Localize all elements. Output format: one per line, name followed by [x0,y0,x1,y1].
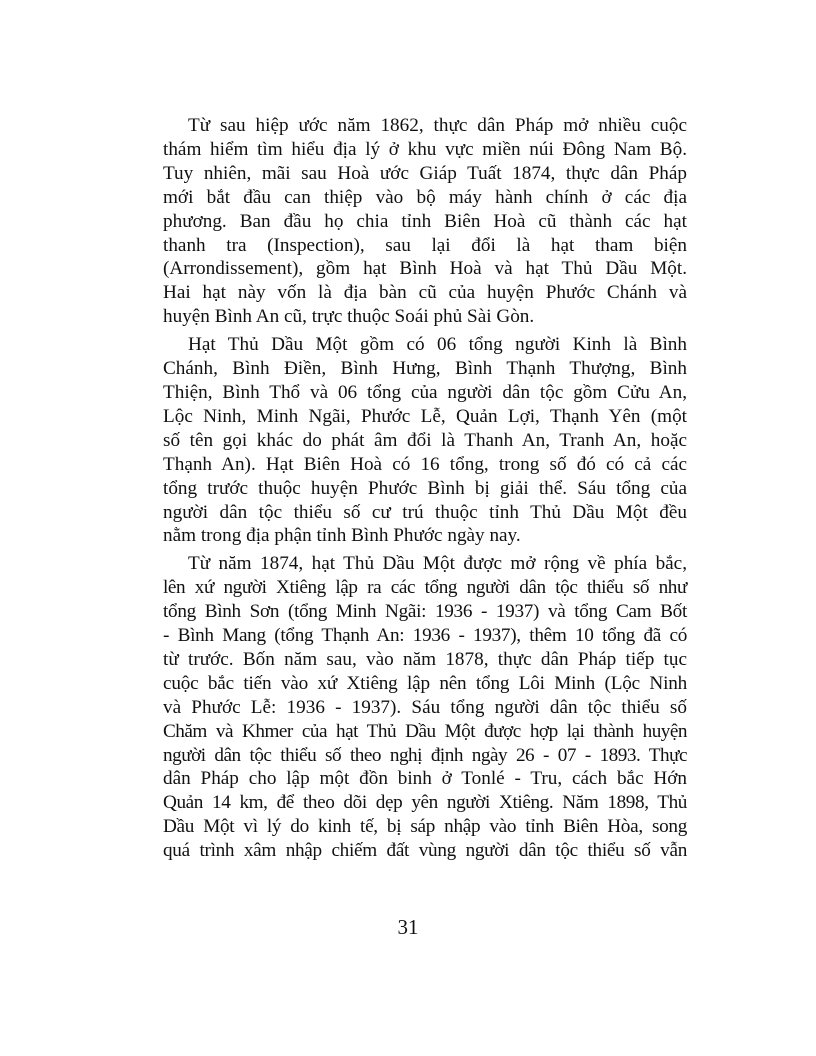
text-line: huyện Bình An cũ, trực thuộc Soái phủ Sà… [138,305,687,329]
text-line: số tên gọi khác do phát âm đổi là Thanh … [138,429,687,453]
text-line: Chăm và Khmer của hạt Thủ Dầu Một được h… [138,720,687,744]
text-line: tổng Bình Sơn (tổng Minh Ngãi: 1936 - 19… [138,600,687,624]
text-line: thám hiểm tìm hiểu địa lý ở khu vực miền… [138,138,687,162]
text-line: người dân tộc thiểu số theo nghị định ng… [138,744,687,768]
paragraph-1: Từ sau hiệp ước năm 1862, thực dân Pháp … [138,114,687,329]
text-line: - Bình Mang (tổng Thạnh An: 1936 - 1937)… [138,624,687,648]
paragraph-2: Hạt Thủ Dầu Một gồm có 06 tổng người Kin… [138,333,687,548]
text-line: Từ sau hiệp ước năm 1862, thực dân Pháp … [138,114,687,138]
text-line: (Arrondissement), gồm hạt Bình Hoà và hạ… [138,257,687,281]
text-line: Hai hạt này vốn là địa bàn cũ của huyện … [138,281,687,305]
text-line: Tuy nhiên, mãi sau Hoà ước Giáp Tuất 187… [138,162,687,186]
text-line: Từ năm 1874, hạt Thủ Dầu Một được mở rộn… [138,552,687,576]
text-line: Dầu Một vì lý do kinh tế, bị sáp nhập và… [138,815,687,839]
page-number: 31 [0,915,816,940]
text-line: và Phước Lễ: 1936 - 1937). Sáu tổng ngườ… [138,696,687,720]
text-line: Lộc Ninh, Minh Ngãi, Phước Lễ, Quản Lợi,… [138,405,687,429]
text-line: Chánh, Bình Điền, Bình Hưng, Bình Thạnh … [138,357,687,381]
paragraph-3: Từ năm 1874, hạt Thủ Dầu Một được mở rộn… [138,552,687,863]
text-line: dân Pháp cho lập một đồn binh ở Tonlé - … [138,767,687,791]
text-line: phương. Ban đầu họ chia tỉnh Biên Hoà cũ… [138,210,687,234]
text-line: thanh tra (Inspection), sau lại đổi là h… [138,234,687,258]
text-line: mới bắt đầu can thiệp vào bộ máy hành ch… [138,186,687,210]
text-line: Thiện, Bình Thổ và 06 tổng của người dân… [138,381,687,405]
text-line: từ trước. Bốn năm sau, vào năm 1878, thự… [138,648,687,672]
text-line: nằm trong địa phận tỉnh Bình Phước ngày … [138,524,687,548]
text-line: tổng trước thuộc huyện Phước Bình bị giả… [138,477,687,501]
text-line: Quản 14 km, để theo dõi dẹp yên người Xt… [138,791,687,815]
text-line: Hạt Thủ Dầu Một gồm có 06 tổng người Kin… [138,333,687,357]
text-line: lên xứ người Xtiêng lập ra các tổng ngườ… [138,576,687,600]
text-line: người dân tộc thiểu số cư trú thuộc tỉnh… [138,501,687,525]
page-body: Từ sau hiệp ước năm 1862, thực dân Pháp … [138,114,687,867]
text-line: quá trình xâm nhập chiếm đất vùng người … [138,839,687,863]
text-line: cuộc bắc tiến vào xứ Xtiêng lập nên tổng… [138,672,687,696]
text-line: Thạnh An). Hạt Biên Hoà có 16 tổng, tron… [138,453,687,477]
